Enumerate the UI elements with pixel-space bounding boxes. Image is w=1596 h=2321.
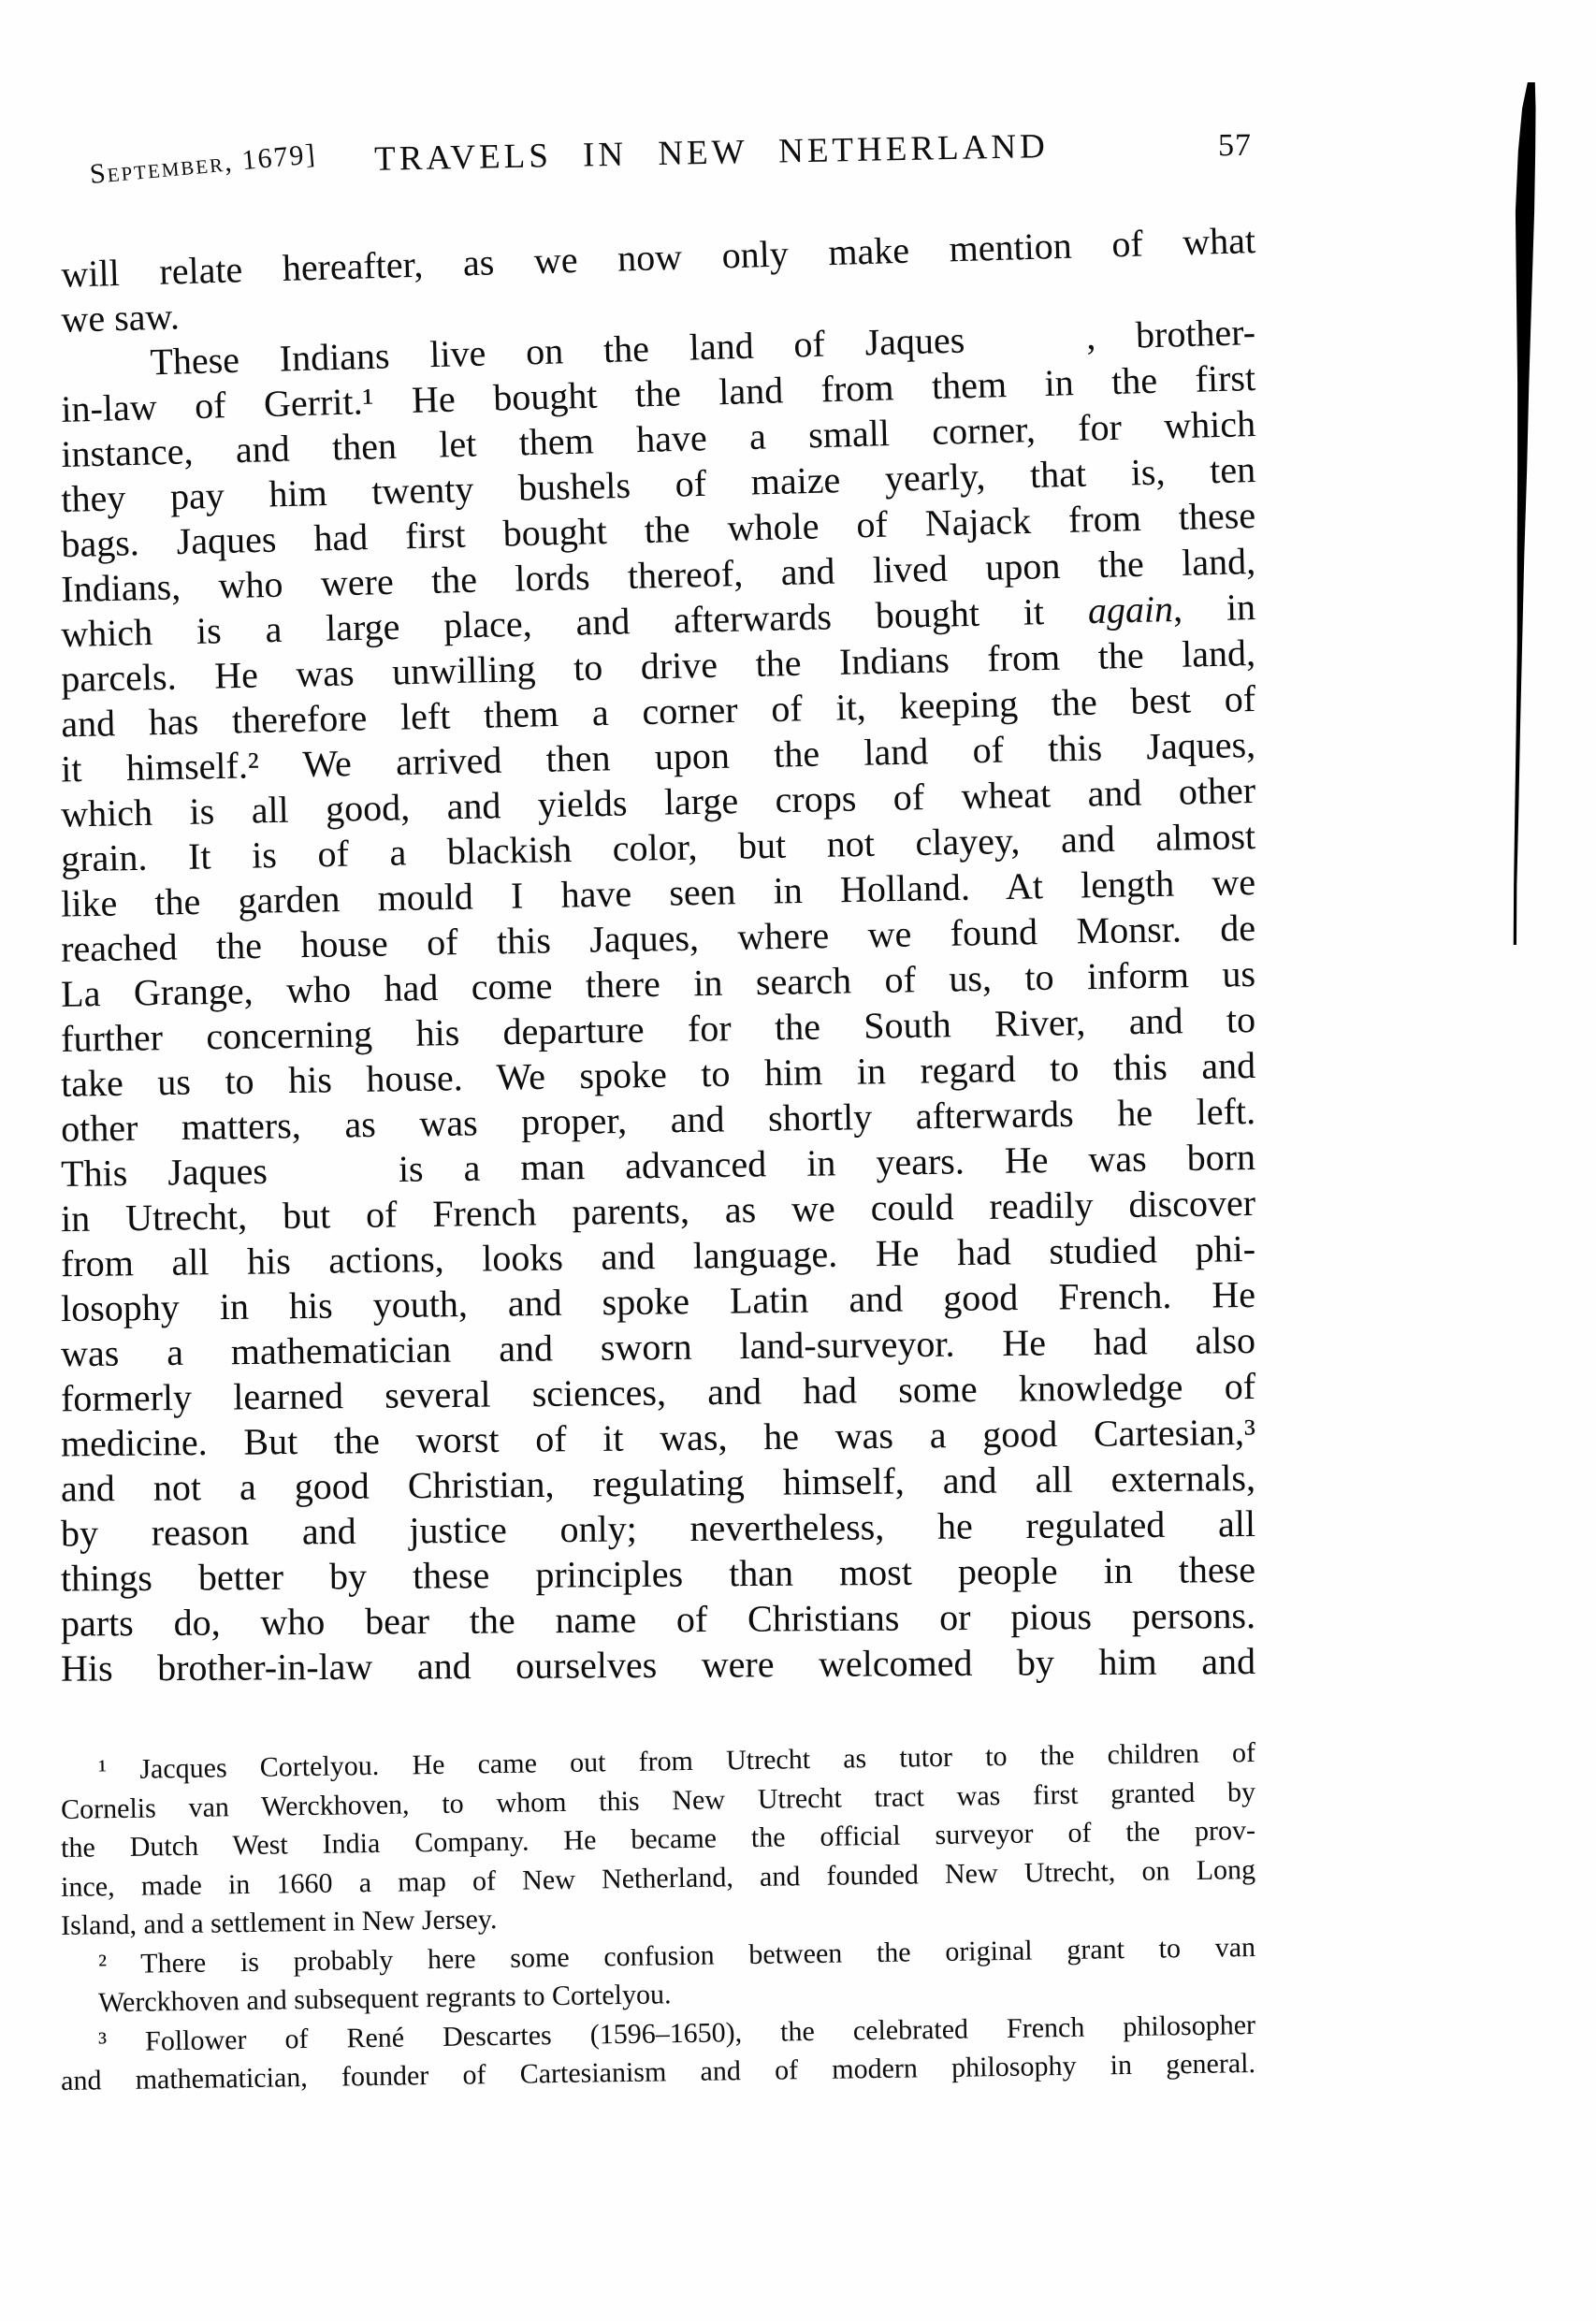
scanned-book-page: September, 1679] TRAVELS IN NEW NETHERLA… bbox=[0, 0, 1596, 2321]
footnotes-block: ¹ Jacques Cortelyou. He came out from Ut… bbox=[61, 0, 1255, 2321]
scan-artifact-streak bbox=[1508, 82, 1542, 945]
